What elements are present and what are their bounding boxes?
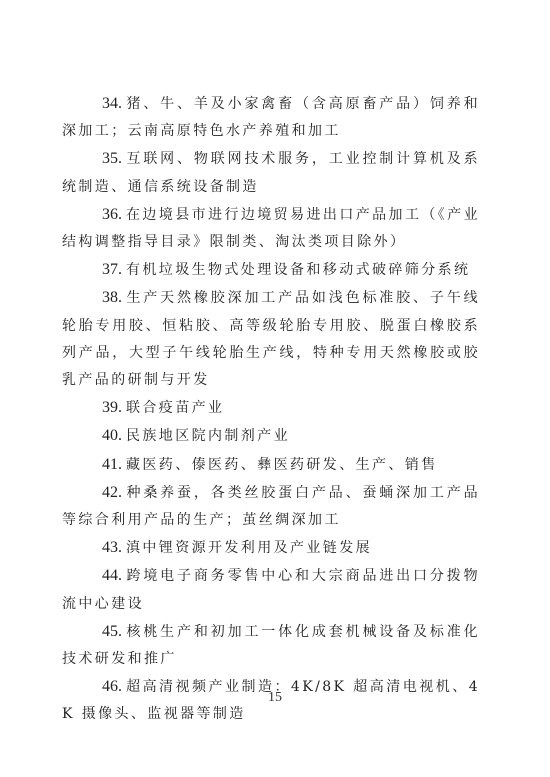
list-item-35: 35.互联网、物联网技术服务，工业控制计算机及系统制造、通信系统设备制造 [62, 145, 480, 200]
document-body: 34.猪、牛、羊及小家禽畜（含高原畜产品）饲养和深加工；云南高原特色水产养殖和加… [62, 90, 480, 729]
list-item-40: 40.民族地区院内制剂产业 [62, 422, 480, 450]
item-number: 42. [102, 484, 122, 501]
list-item-43: 43.滇中锂资源开发利用及产业链发展 [62, 534, 480, 562]
item-text: 民族地区院内制剂产业 [126, 428, 290, 444]
item-number: 34. [102, 95, 122, 112]
item-text: 种桑养蚕，各类丝胶蛋白产品、蚕蛹深加工产品等综合利用产品的生产；茧丝绸深加工 [62, 485, 480, 528]
item-number: 39. [102, 399, 122, 416]
item-text: 滇中锂资源开发利用及产业链发展 [126, 540, 372, 556]
list-item-45: 45.核桃生产和初加工一体化成套机械设备及标准化技术研发和推广 [62, 618, 480, 673]
list-item-42: 42.种桑养蚕，各类丝胶蛋白产品、蚕蛹深加工产品等综合利用产品的生产；茧丝绸深加… [62, 479, 480, 534]
item-number: 37. [102, 261, 122, 278]
list-item-37: 37.有机垃圾生物式处理设备和移动式破碎筛分系统 [62, 256, 480, 284]
document-page: 34.猪、牛、羊及小家禽畜（含高原畜产品）饲养和深加工；云南高原特色水产养殖和加… [0, 0, 550, 777]
item-text: 生产天然橡胶深加工产品如浅色标准胶、子午线轮胎专用胶、恒粘胶、高等级轮胎专用胶、… [62, 290, 480, 388]
item-number: 44. [102, 567, 122, 584]
item-text: 联合疫苗产业 [126, 400, 224, 416]
item-text: 互联网、物联网技术服务，工业控制计算机及系统制造、通信系统设备制造 [62, 151, 480, 194]
item-number: 40. [102, 427, 122, 444]
item-number: 36. [102, 206, 122, 223]
list-item-38: 38.生产天然橡胶深加工产品如浅色标准胶、子午线轮胎专用胶、恒粘胶、高等级轮胎专… [62, 284, 480, 394]
item-text: 核桃生产和初加工一体化成套机械设备及标准化技术研发和推广 [62, 624, 480, 667]
item-text: 在边境县市进行边境贸易进出口产品加工（《产业结构调整指导目录》限制类、淘汰类项目… [62, 207, 480, 250]
list-item-34: 34.猪、牛、羊及小家禽畜（含高原畜产品）饲养和深加工；云南高原特色水产养殖和加… [62, 90, 480, 145]
item-number: 43. [102, 539, 122, 556]
list-item-41: 41.藏医药、傣医药、彝医药研发、生产、销售 [62, 451, 480, 479]
list-item-39: 39.联合疫苗产业 [62, 394, 480, 422]
list-item-36: 36.在边境县市进行边境贸易进出口产品加工（《产业结构调整指导目录》限制类、淘汰… [62, 201, 480, 256]
list-item-44: 44.跨境电子商务零售中心和大宗商品进出口分拨物流中心建设 [62, 562, 480, 617]
item-number: 41. [102, 456, 122, 473]
item-text: 藏医药、傣医药、彝医药研发、生产、销售 [126, 457, 438, 473]
item-number: 45. [102, 623, 122, 640]
item-text: 跨境电子商务零售中心和大宗商品进出口分拨物流中心建设 [62, 568, 480, 611]
item-text: 有机垃圾生物式处理设备和移动式破碎筛分系统 [126, 262, 470, 278]
item-number: 35. [102, 150, 122, 167]
item-number: 38. [102, 289, 122, 306]
item-text: 猪、牛、羊及小家禽畜（含高原畜产品）饲养和深加工；云南高原特色水产养殖和加工 [62, 96, 480, 139]
page-number: 15 [0, 690, 550, 706]
